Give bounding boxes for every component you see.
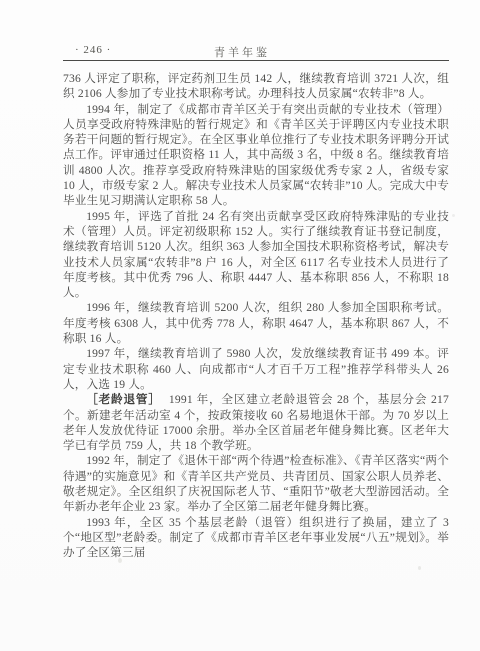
section-label-laoling-tuiguan: ［老龄退管］ [86, 393, 161, 406]
scan-noise-speck [418, 566, 421, 570]
paragraph-laoling-1991: ［老龄退管］1991 年，全区建立老龄退管会 28 个，基层分会 217 个。新… [63, 392, 449, 453]
page-header: · 246 · 青羊年鉴 [63, 44, 449, 61]
paragraph-1993: 1993 年，全区 35 个基层老龄（退管）组织进行了换届，建立了 3 个“地区… [63, 515, 449, 561]
paragraph-1995: 1995 年，评选了首批 24 名有突出贡献享受区政府特殊津贴的专业技术（管理）… [63, 209, 449, 301]
body-text: 736 人评定了职称，评定药剂卫生员 142 人，继续教育培训 3721 人次，… [63, 71, 449, 561]
paragraph-1992: 1992 年，制定了《退休干部“两个待遇”检查标准》、《青羊区落实“两个待遇”的… [63, 453, 449, 514]
paragraph-1996: 1996 年，继续教育培训 5200 人次，组织 280 人参加全国职称考试。年… [63, 300, 449, 346]
scanned-yearbook-page: · 246 · 青羊年鉴 736 人评定了职称，评定药剂卫生员 142 人，继续… [0, 0, 480, 651]
scan-noise-speck [118, 558, 122, 563]
book-title: 青羊年鉴 [63, 44, 421, 60]
paragraph-continuation: 736 人评定了职称，评定药剂卫生员 142 人，继续教育培训 3721 人次，… [63, 71, 449, 102]
paragraph-1997: 1997 年，继续教育培训了 5980 人次，发放继续教育证书 499 本。评定… [63, 346, 449, 392]
paragraph-1994: 1994 年，制定了《成都市青羊区关于有突出贡献的专业技术（管理）人员享受政府特… [63, 102, 449, 209]
scan-noise-speck [452, 214, 455, 217]
